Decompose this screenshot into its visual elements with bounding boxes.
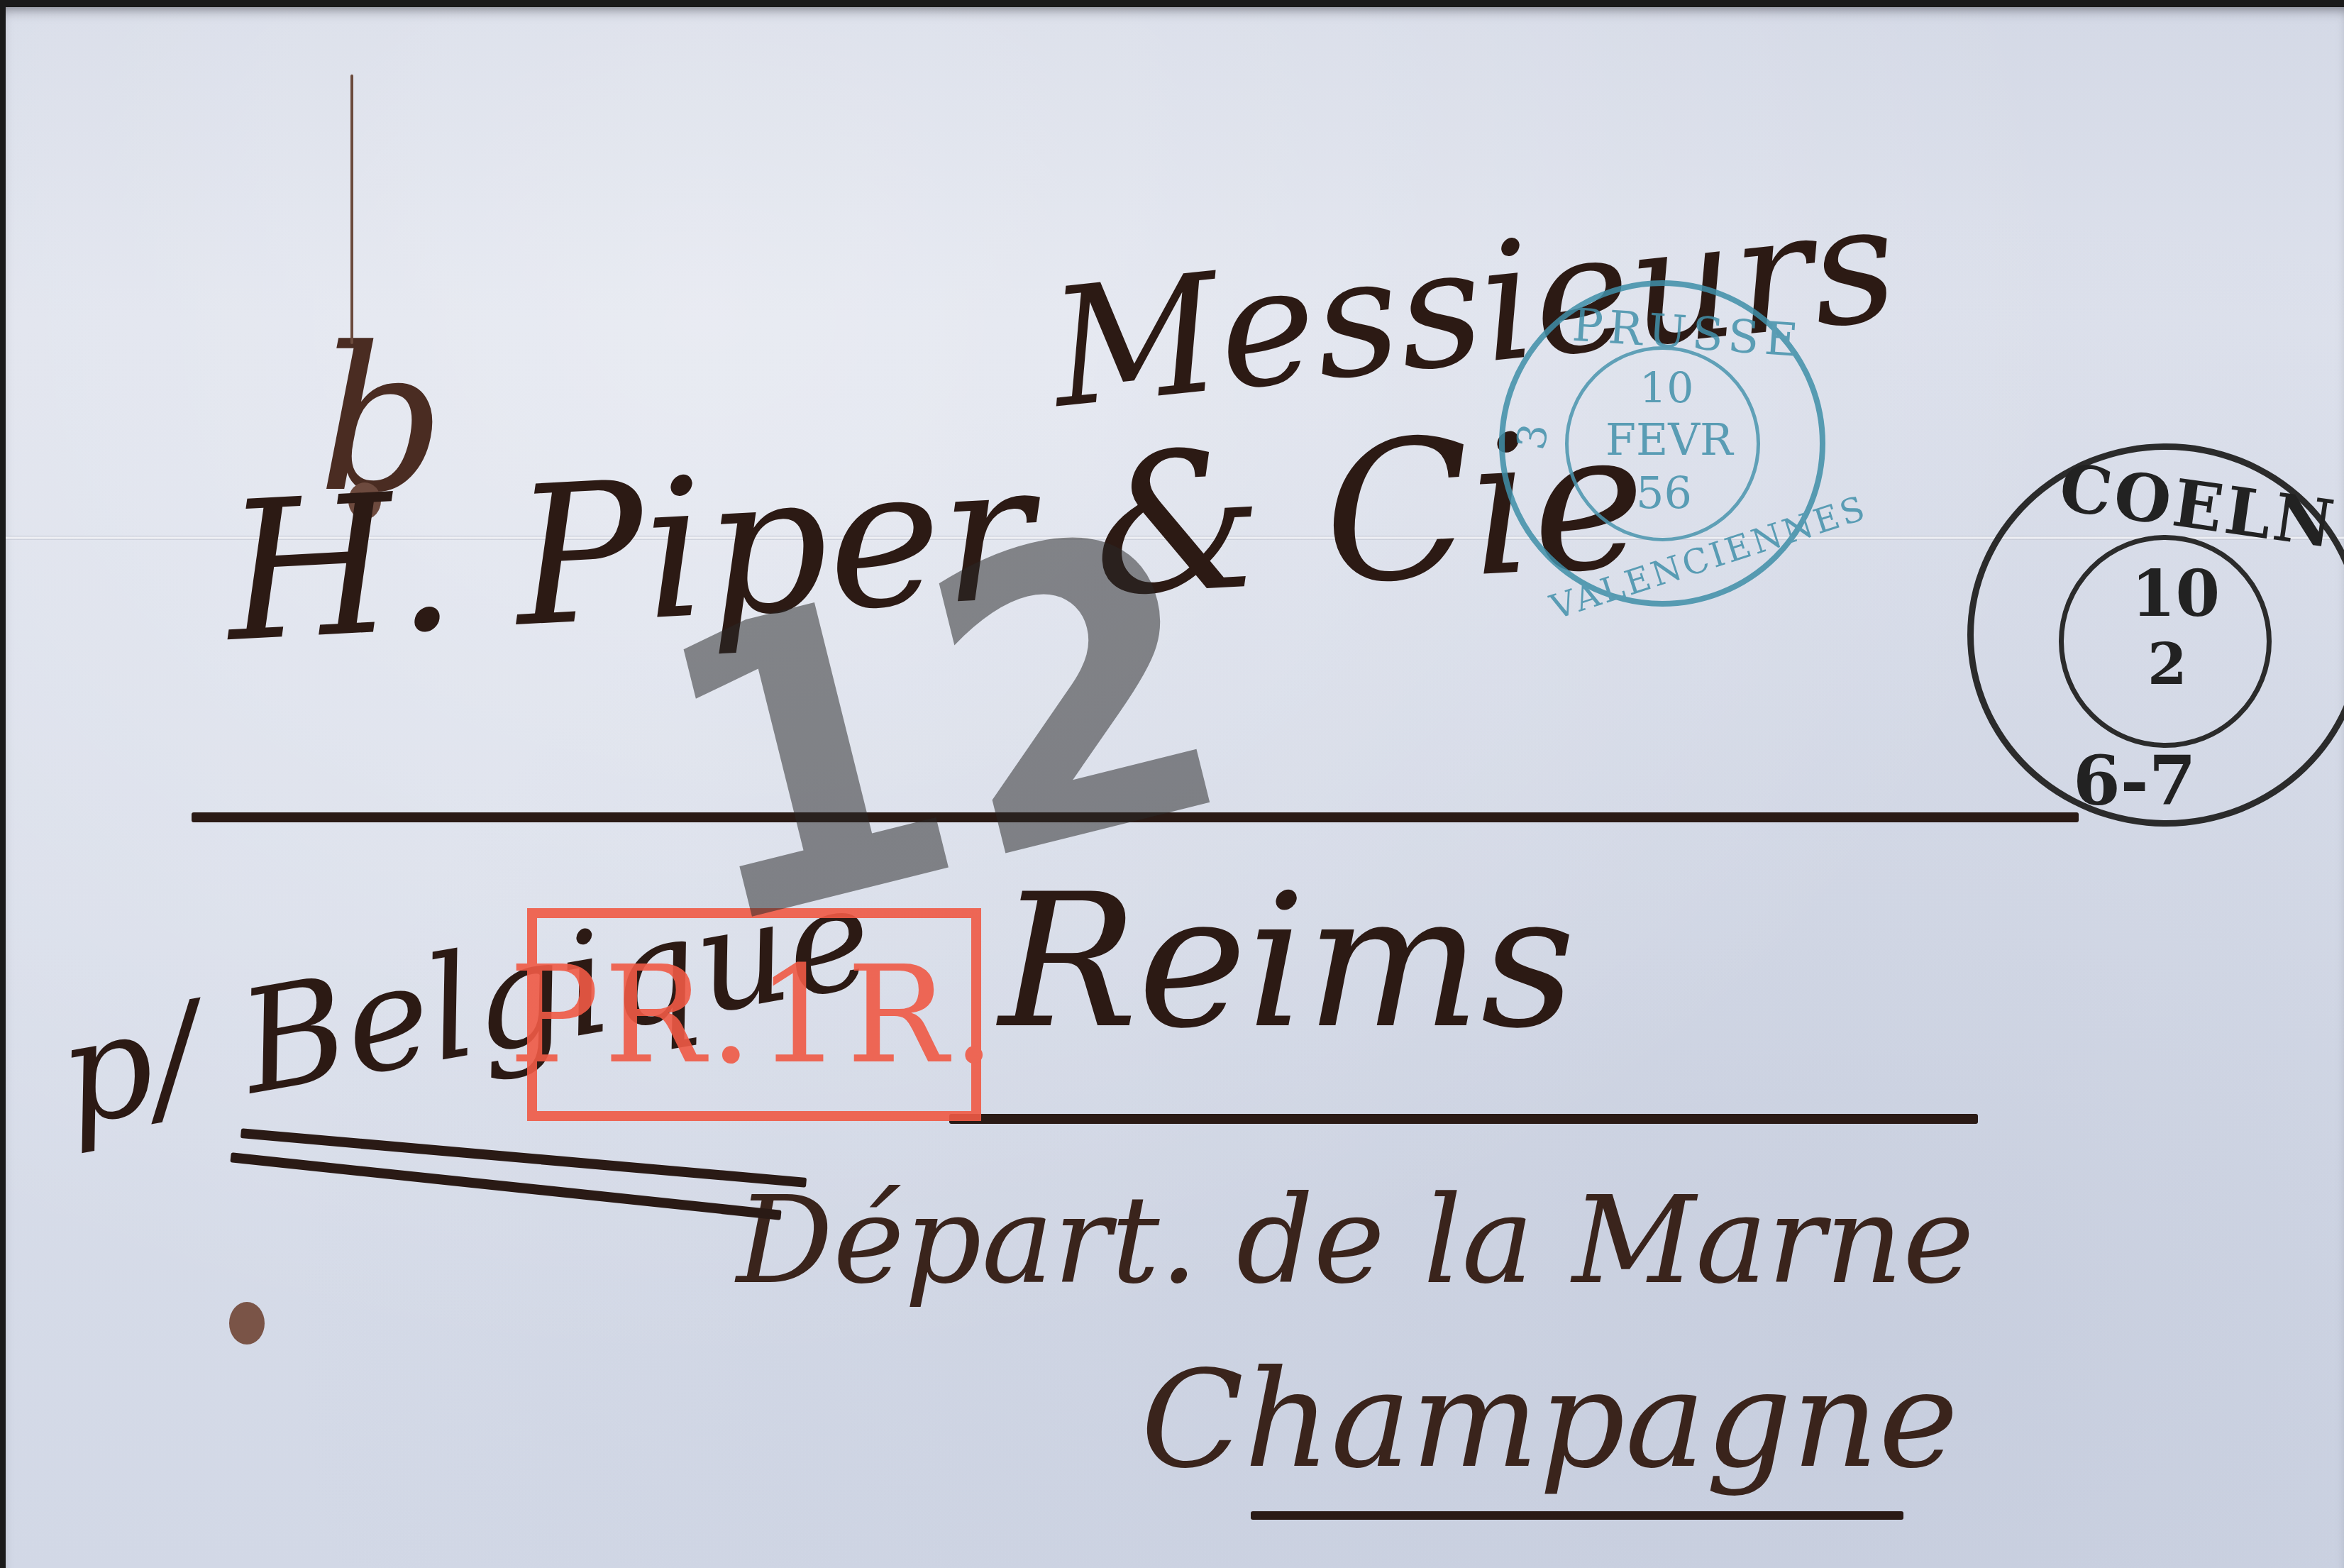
corner-stroke bbox=[350, 74, 353, 344]
postmark-month: 2 bbox=[2147, 631, 2187, 697]
postmark-outer-left: 3 bbox=[1508, 420, 1558, 453]
region-underline bbox=[1251, 1511, 1903, 1520]
postmark-month: FEVR bbox=[1605, 414, 1733, 465]
department-text: Départ. de la Marne bbox=[736, 1171, 1974, 1311]
letter-sheet: b Messieurs H. Piper & Cie Reims Départ.… bbox=[6, 7, 2344, 1568]
routing-underline-2 bbox=[230, 1152, 781, 1220]
region-text: Champagne bbox=[1141, 1341, 1959, 1498]
valenciennes-entry-postmark: PRUSSE 3 VALENCIENNES 10 FEVR 56 bbox=[1499, 280, 1825, 607]
postmark-year: 56 bbox=[1636, 467, 1692, 519]
postmark-day: 10 bbox=[2131, 556, 2220, 631]
city-underline bbox=[949, 1114, 1978, 1124]
postmark-hours: 6-7 bbox=[2073, 741, 2196, 821]
postmark-day: 10 bbox=[1640, 364, 1693, 414]
routing-underline-1 bbox=[241, 1128, 807, 1188]
coeln-origin-postmark: COELN 10 2 6-7 bbox=[1967, 443, 2344, 827]
ink-blot bbox=[229, 1302, 265, 1345]
